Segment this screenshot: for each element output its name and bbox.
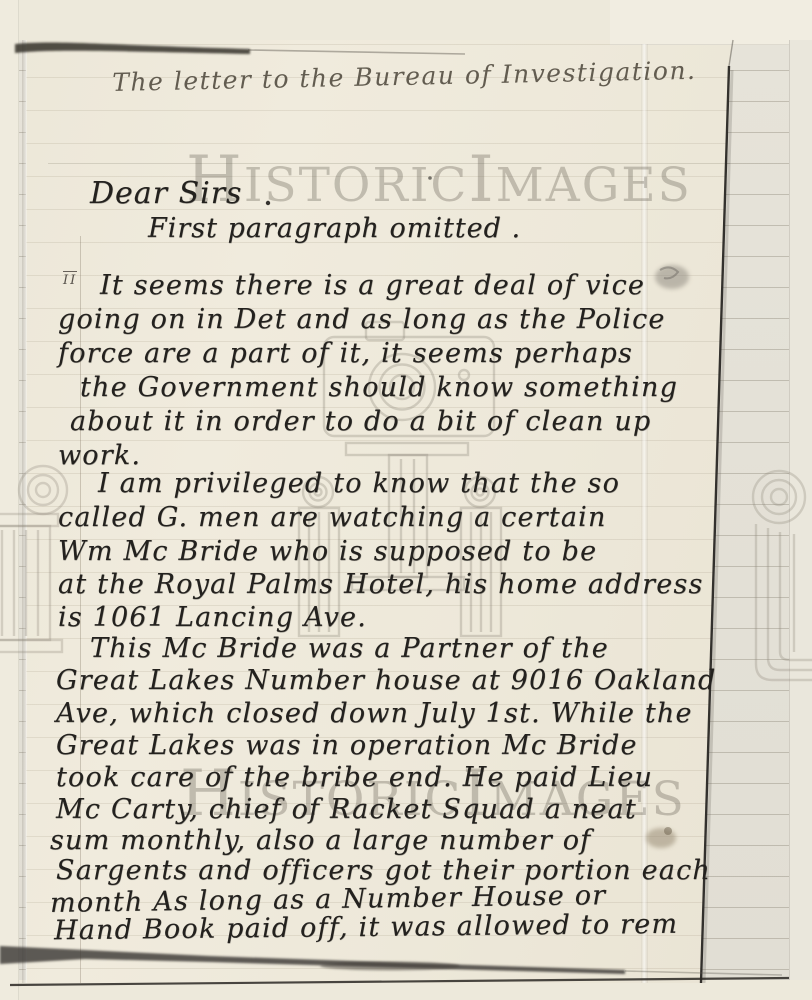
letter-line: Sargents and officers got their portion …: [56, 857, 711, 884]
letter-line: about it in order to do a bit of clean u…: [70, 408, 651, 435]
letter-line: called G. men are watching a certain: [58, 504, 607, 531]
letter-line: at the Royal Palms Hotel, his home addre…: [58, 571, 704, 598]
letter-line: took care of the bribe end. He paid Lieu: [56, 764, 653, 791]
letter-line: is 1061 Lancing Ave.: [58, 604, 367, 631]
letter-line: Great Lakes was in operation Mc Bride: [56, 732, 638, 759]
letter-line: This Mc Bride was a Partner of the: [90, 635, 609, 662]
bottom-edge-line: [10, 978, 789, 985]
letter-salutation: Dear Sirs: [90, 176, 242, 211]
scanned-letter-photo: HISTORICIMAGES HISTORICIMAGES The letter…: [0, 0, 812, 1000]
letter-line: Great Lakes Number house at 9016 Oakland: [56, 667, 716, 694]
watermark-column-right-icon: [753, 471, 812, 680]
paragraph-omitted-note: First paragraph omitted .: [148, 213, 521, 244]
letter-line: sum monthly, also a large number of: [50, 827, 591, 854]
bottom-smudge-band: [0, 946, 625, 974]
letter-line: work.: [58, 442, 141, 469]
letter-right-edge: [729, 40, 733, 66]
letter-line: Mc Carty, chief of Racket Squad a neat: [56, 796, 637, 823]
letter-line: going on in Det and as long as the Polic…: [58, 306, 666, 333]
paragraph-mark: II: [63, 271, 77, 288]
historicimages-watermark: HISTORICIMAGES: [186, 148, 692, 212]
letter-line: Wm Mc Bride who is supposed to be: [58, 538, 597, 565]
letter-line: Ave, which closed down July 1st. While t…: [56, 700, 693, 727]
letter-line: I am privileged to know that the so: [98, 470, 620, 497]
watermark-column-left-icon: [0, 466, 67, 652]
watermark-letters: MAGES: [496, 158, 692, 213]
watermark-letter: I: [468, 143, 495, 217]
letter-line: It seems there is a great deal of vice: [100, 272, 645, 299]
watermark-letters: ISTORIC: [244, 158, 469, 213]
letter-line: the Government should know something: [80, 374, 678, 401]
top-left-streak: [15, 43, 250, 54]
letter-line: Hand Book paid off, it was allowed to re…: [54, 911, 678, 945]
letter-line: force are a part of it, it seems perhaps: [58, 340, 633, 367]
